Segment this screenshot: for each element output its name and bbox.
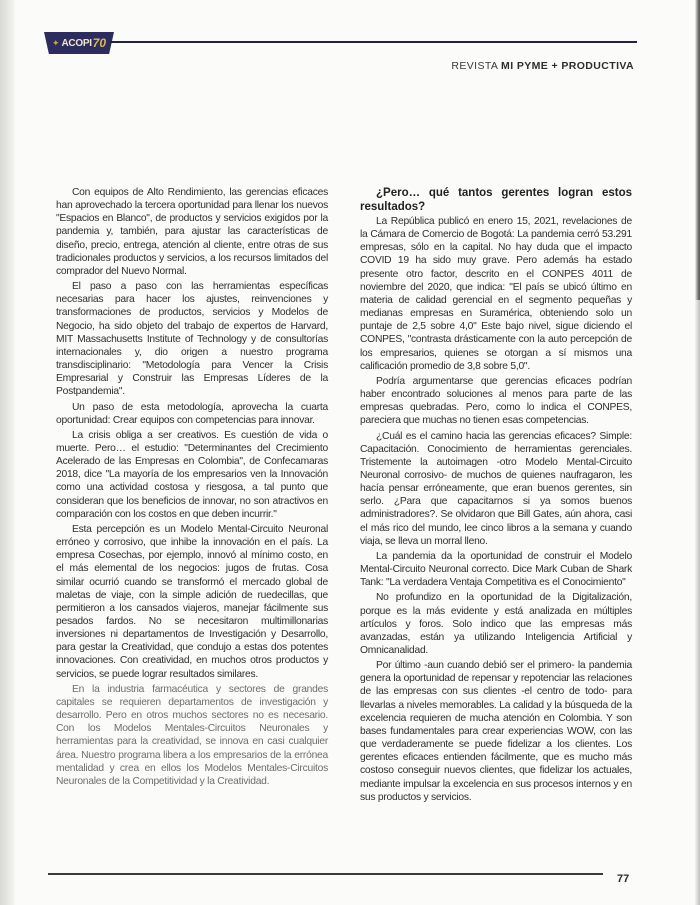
paragraph: ¿Cuál es el camino hacia las gerencias e… <box>360 430 632 548</box>
footer-divider <box>48 873 603 875</box>
magazine-prefix: REVISTA <box>451 60 497 72</box>
paragraph: No profundizo en la oportunidad de la Di… <box>360 591 632 657</box>
page-binding-shadow <box>0 0 15 905</box>
magazine-title: REVISTA MI PYME + PRODUCTIVA <box>451 60 634 72</box>
page-number: 77 <box>617 873 629 885</box>
paragraph: La crisis obliga a ser creativos. Es cue… <box>56 429 328 521</box>
paragraph: Podría argumentarse que gerencias eficac… <box>360 375 632 428</box>
paragraph: Por último -aun cuando debió ser el prim… <box>360 659 632 804</box>
paragraph: El paso a paso con las herramientas espe… <box>56 280 328 398</box>
header-divider <box>110 41 637 43</box>
right-column: ¿Pero… qué tantos gerentes logran estos … <box>360 186 632 806</box>
paragraph: Un paso de esta metodología, aprovecha l… <box>56 401 328 427</box>
section-heading: ¿Pero… qué tantos gerentes logran estos … <box>360 186 632 214</box>
page-edge-lower <box>695 300 700 905</box>
paragraph: La pandemia da la oportunidad de constru… <box>360 550 632 589</box>
acopi-logo: ✦ ACOPI 70 <box>44 32 114 54</box>
left-column: Con equipos de Alto Rendimiento, las ger… <box>56 186 328 790</box>
paragraph: Con equipos de Alto Rendimiento, las ger… <box>56 186 328 278</box>
paragraph: Esta percepción es un Modelo Mental-Circ… <box>56 523 328 681</box>
logo-anniversary-number: 70 <box>93 36 106 50</box>
paragraph: En la industria farmacéutica y sectores … <box>56 683 328 788</box>
magazine-name: MI PYME + PRODUCTIVA <box>501 60 634 72</box>
paragraph: La República publicó en enero 15, 2021, … <box>360 215 632 373</box>
star-icon: ✦ <box>52 38 60 49</box>
logo-text: ACOPI <box>62 38 92 49</box>
